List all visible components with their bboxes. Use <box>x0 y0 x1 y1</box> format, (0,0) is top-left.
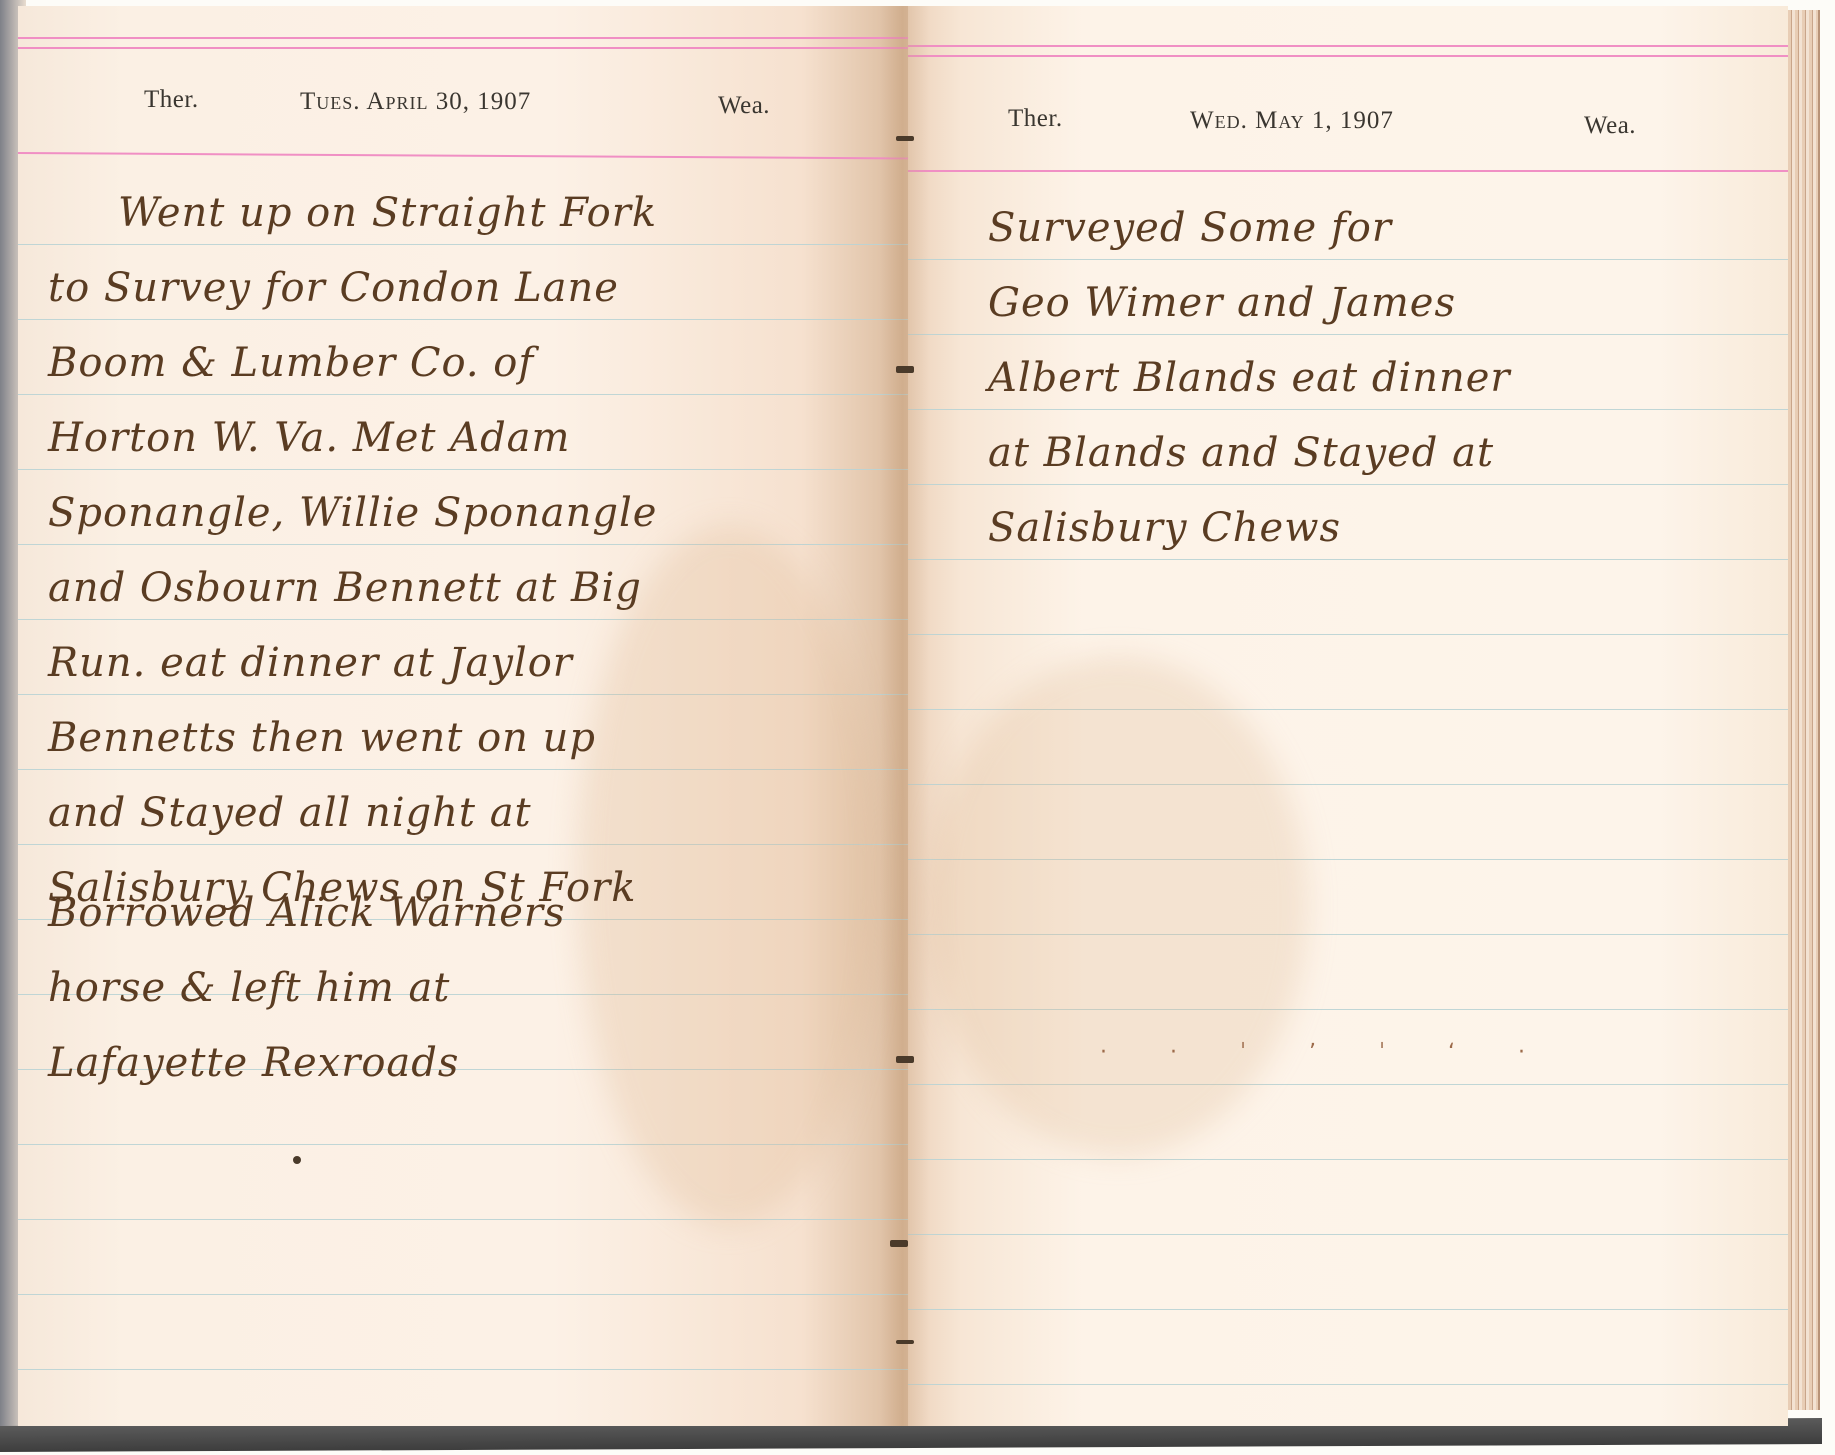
right-page: Ther. Wed. May 1, 1907 Wea. Surveyed Som… <box>908 6 1788 1426</box>
date-label: Wed. May 1, 1907 <box>1190 107 1394 135</box>
binding-stitch <box>896 366 914 373</box>
diary-entry-april-30-note: Borrowed Alick Warners horse & left him … <box>48 876 566 1101</box>
handwritten-line: Geo Wimer and James <box>988 266 1511 341</box>
binding-stitch <box>896 1056 914 1063</box>
header-rule-top-2 <box>18 47 908 49</box>
handwritten-line: and Osbourn Bennett at Big <box>48 551 657 626</box>
handwritten-line: Albert Blands eat dinner <box>988 341 1511 416</box>
ruled-line <box>18 1294 908 1295</box>
handwritten-line: Horton W. Va. Met Adam <box>48 401 657 476</box>
date-text: Tues. April 30, 1907 <box>300 88 531 115</box>
handwritten-line: Sponangle, Willie Sponangle <box>48 476 657 551</box>
handwritten-line: Lafayette Rexroads <box>48 1026 566 1101</box>
ruled-line <box>18 1219 908 1220</box>
diary-entry-april-30: Went up on Straight Fork to Survey for C… <box>48 176 657 926</box>
header-rule-top <box>908 45 1788 47</box>
wea-label: Wea. <box>1584 112 1636 140</box>
page-stack-edges <box>1788 10 1820 1410</box>
handwritten-line: Salisbury Chews <box>988 491 1511 566</box>
handwritten-line: horse & left him at <box>48 951 566 1026</box>
ruled-line <box>908 1234 1788 1235</box>
ruled-line <box>908 1309 1788 1310</box>
binding-stitch <box>896 1340 914 1344</box>
handwritten-line: Went up on Straight Fork <box>48 176 657 251</box>
wea-label: Wea. <box>718 92 770 120</box>
handwritten-line: Borrowed Alick Warners <box>48 876 566 951</box>
ruled-line <box>908 1159 1788 1160</box>
header-rule-bottom <box>908 170 1788 172</box>
ruled-line <box>908 1384 1788 1385</box>
left-page: Ther. Tues. April 30, 1907 Wea. Went up … <box>18 6 908 1426</box>
handwritten-line: Bennetts then went on up <box>48 701 657 776</box>
ther-label: Ther. <box>144 86 199 114</box>
handwritten-line: Boom & Lumber Co. of <box>48 326 657 401</box>
stain <box>928 656 1308 1156</box>
date-text: Wed. May 1, 1907 <box>1190 107 1394 134</box>
binding-gutter <box>880 6 930 1426</box>
binding-stitch <box>890 1240 908 1247</box>
handwritten-line: Surveyed Some for <box>988 191 1511 266</box>
date-label: Tues. April 30, 1907 <box>300 88 531 116</box>
header-rule-bottom <box>18 152 908 159</box>
handwritten-line: Run. eat dinner at Jaylor <box>48 626 657 701</box>
handwritten-line: to Survey for Condon Lane <box>48 251 657 326</box>
ruled-line <box>908 634 1788 635</box>
ink-specks: · · ˈ ʼ ˈ ʻ · <box>1100 1040 1553 1065</box>
diary-book: Ther. Tues. April 30, 1907 Wea. Went up … <box>0 0 1822 1448</box>
handwritten-line: at Blands and Stayed at <box>988 416 1511 491</box>
header-rule-top <box>18 37 908 39</box>
binding-stitch <box>896 136 914 141</box>
header-rule-top-2 <box>908 55 1788 57</box>
ink-blot <box>293 1156 301 1164</box>
handwritten-line: and Stayed all night at <box>48 776 657 851</box>
ther-label: Ther. <box>1008 105 1063 133</box>
ruled-line <box>18 1369 908 1370</box>
diary-entry-may-1: Surveyed Some for Geo Wimer and James Al… <box>988 191 1511 566</box>
